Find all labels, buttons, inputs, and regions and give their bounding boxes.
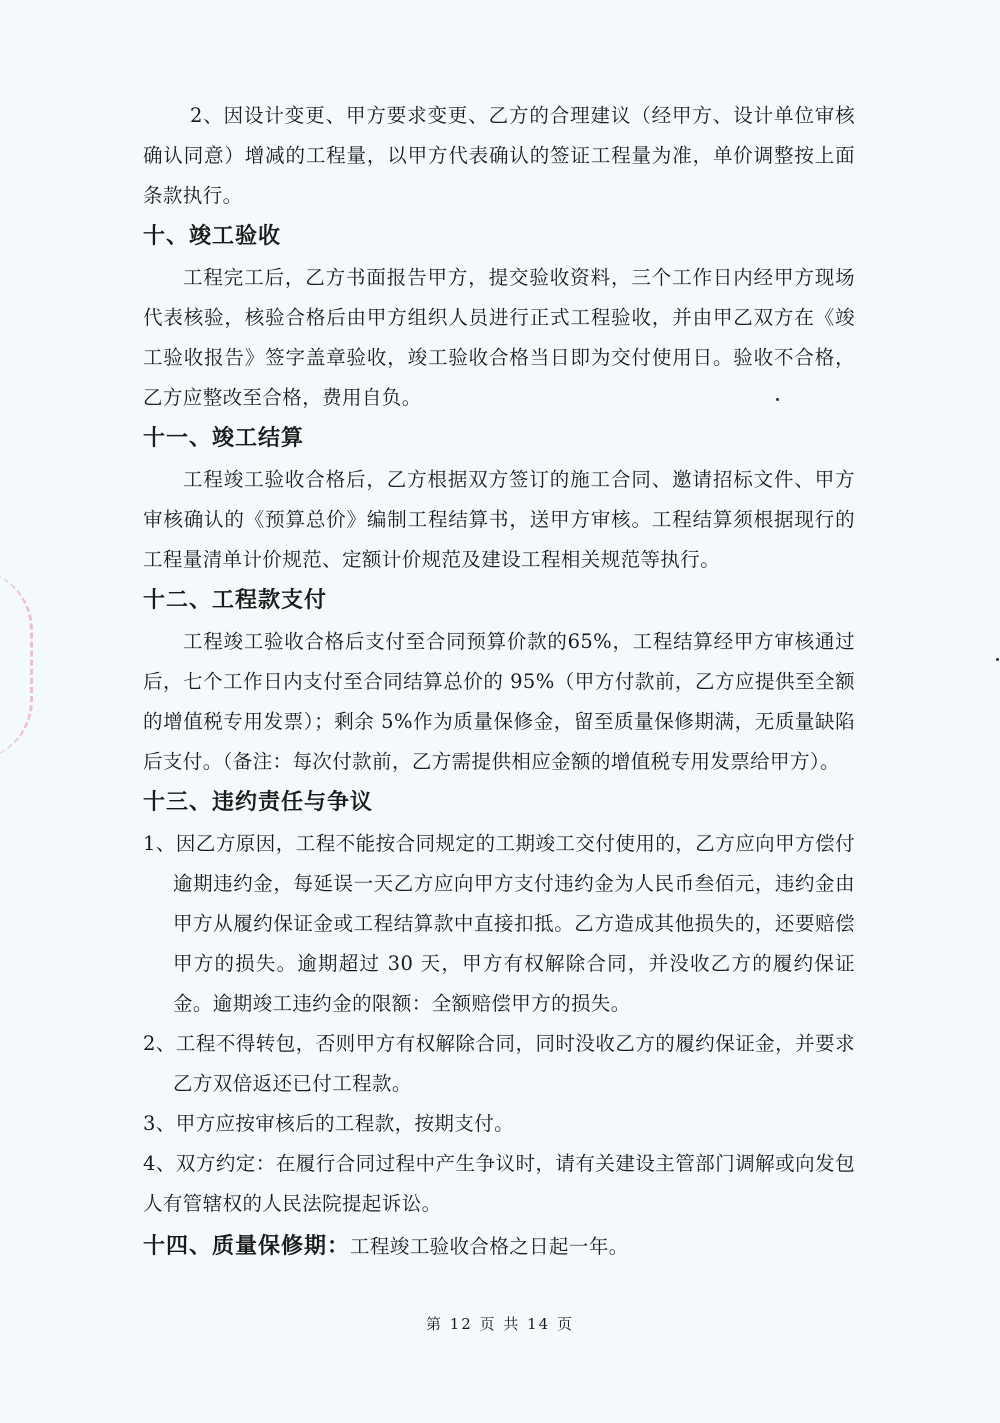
section-heading-warranty-period: 十四、质量保修期：工程竣工验收合格之日起一年。: [143, 1226, 855, 1268]
list-item: 1、因乙方原因，工程不能按合同规定的工期竣工交付使用的，乙方应向甲方偿付逾期违约…: [143, 824, 855, 1024]
section-heading-completion-acceptance: 十、竣工验收: [143, 216, 855, 258]
section-body-completion-settlement: 工程竣工验收合格后，乙方根据双方签订的施工合同、邀请招标文件、甲方审核确认的《预…: [143, 460, 855, 580]
warranty-heading-label: 十四、质量保修期：: [143, 1234, 350, 1259]
section-body-completion-acceptance: 工程完工后，乙方书面报告甲方，提交验收资料，三个工作日内经甲方现场代表核验，核验…: [143, 258, 855, 418]
list-item: 3、甲方应按审核后的工程款，按期支付。: [143, 1104, 855, 1144]
section-heading-completion-settlement: 十一、竣工结算: [143, 418, 855, 460]
section-heading-liability-disputes: 十三、违约责任与争议: [143, 782, 855, 824]
document-page: 2、因设计变更、甲方要求变更、乙方的合理建议（经甲方、设计单位审核确认同意）增减…: [0, 0, 1000, 1423]
list-item: 2、工程不得转包，否则甲方有权解除合同，同时没收乙方的履约保证金，并要求乙方双倍…: [143, 1024, 855, 1104]
intro-paragraph: 2、因设计变更、甲方要求变更、乙方的合理建议（经甲方、设计单位审核确认同意）增减…: [143, 96, 855, 216]
seal-stamp-fragment: [0, 570, 33, 760]
page-number-footer: 第 12 页 共 14 页: [0, 1313, 1000, 1334]
section-heading-payment: 十二、工程款支付: [143, 580, 855, 622]
scan-speck: [996, 658, 999, 661]
section-body-payment: 工程竣工验收合格后支付至合同预算价款的65%，工程结算经甲方审核通过后，七个工作…: [143, 622, 855, 782]
warranty-heading-text: 工程竣工验收合格之日起一年。: [350, 1235, 629, 1258]
list-item: 4、双方约定：在履行合同过程中产生争议时，请有关建设主管部门调解或向发包人有管辖…: [143, 1144, 855, 1224]
document-body: 2、因设计变更、甲方要求变更、乙方的合理建议（经甲方、设计单位审核确认同意）增减…: [143, 96, 855, 1268]
